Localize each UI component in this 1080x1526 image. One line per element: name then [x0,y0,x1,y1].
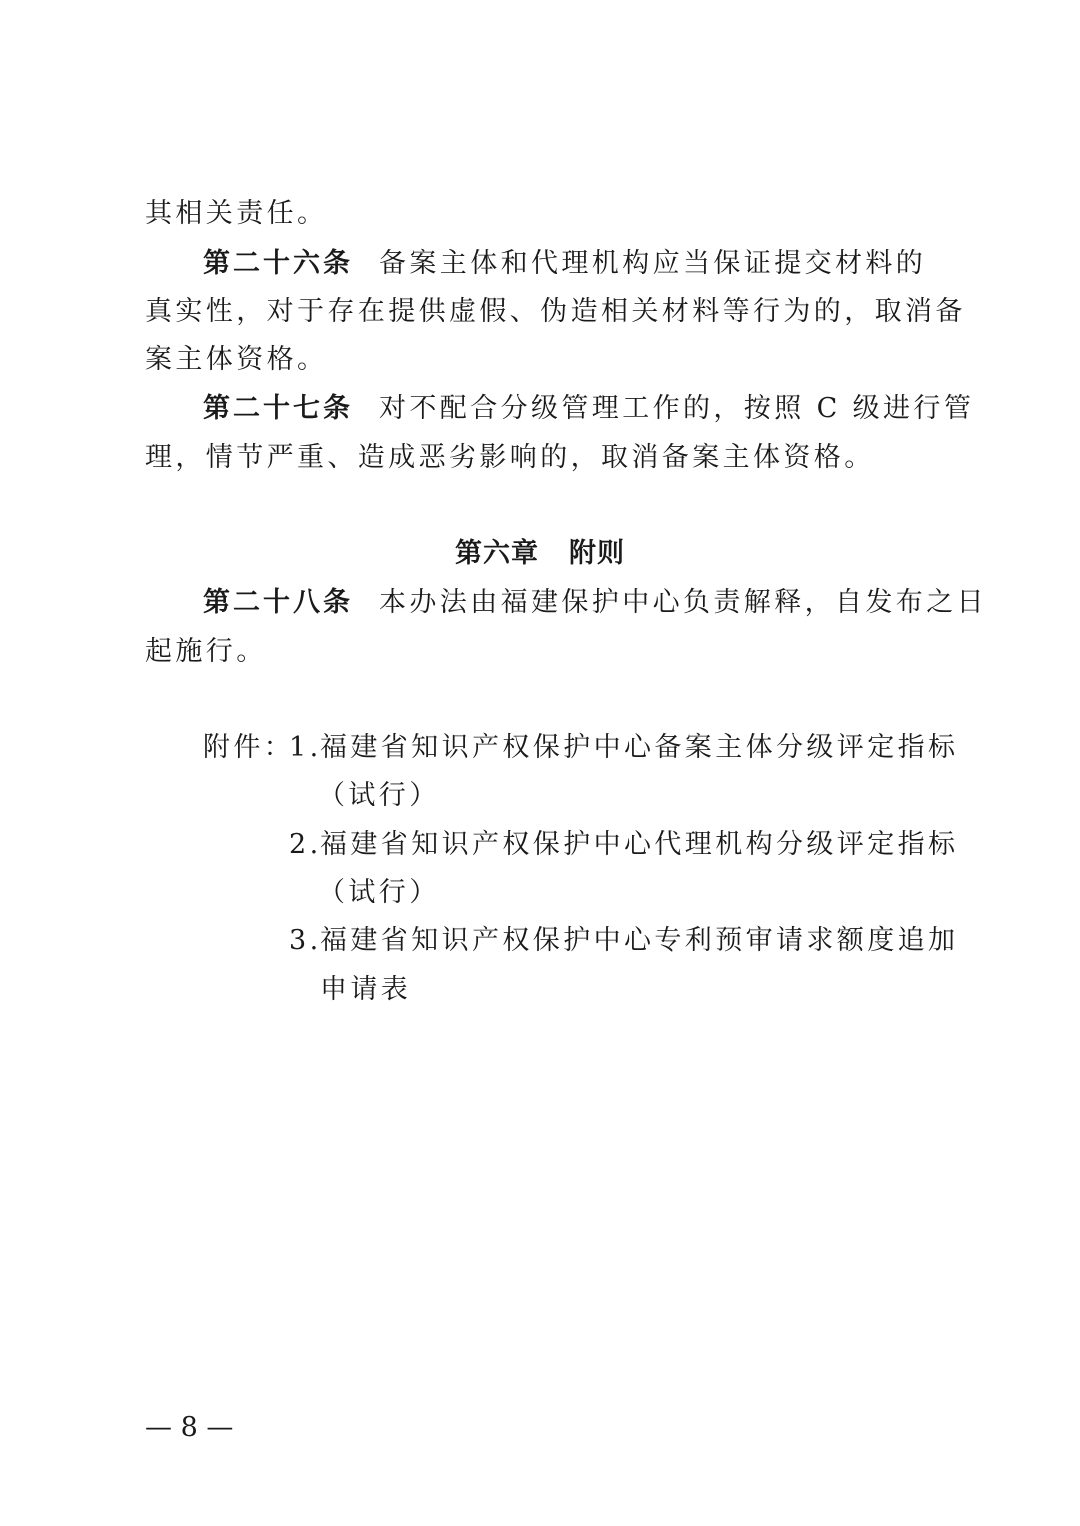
attachment-3-title: 福建省知识产权保护中心专利预审请求额度追加 [320,925,958,956]
article-26-line-3: 案主体资格。 [145,340,935,380]
page-number: — 8 — [145,1410,233,1446]
article-27-first-line: 第二十七条对不配合分级管理工作的，按照 C 级进行管 [203,389,993,429]
attachment-1-title: 福建省知识产权保护中心备案主体分级评定指标 [320,732,958,763]
article-27-line-2: 理，情节严重、造成恶劣影响的，取消备案主体资格。 [145,438,935,478]
attachment-2-title: 福建省知识产权保护中心代理机构分级评定指标 [320,829,958,860]
article-28-first-line: 第二十八条本办法由福建保护中心负责解释，自发布之日 [203,583,993,623]
attachment-3-number: 3. [289,921,320,961]
attachment-1-number: 1. [289,728,320,768]
article-26-first-line: 第二十六条备案主体和代理机构应当保证提交材料的 [203,244,993,284]
chapter-number: 第六章 [455,538,539,569]
attachment-3-line-2: 申请表 [320,970,411,1010]
document-page: 其相关责任。 第二十六条备案主体和代理机构应当保证提交材料的 真实性，对于存在提… [0,0,1080,1526]
chapter-heading: 第六章附则 [0,534,1080,574]
article-28-text: 本办法由福建保护中心负责解释，自发布之日 [379,587,987,618]
article-26-title: 第二十六条 [203,248,353,279]
chapter-name: 附则 [569,538,625,569]
article-28-line-2: 起施行。 [145,632,935,672]
attachment-2: 2.福建省知识产权保护中心代理机构分级评定指标 [289,825,958,865]
attachment-1-line-2: （试行） [318,776,440,816]
continuation-line: 其相关责任。 [145,194,935,234]
article-26-line-2: 真实性，对于存在提供虚假、伪造相关材料等行为的，取消备 [145,292,935,332]
attachment-1: 1.福建省知识产权保护中心备案主体分级评定指标 [289,728,958,768]
attachment-2-number: 2. [289,825,320,865]
article-27-title: 第二十七条 [203,393,353,424]
attachment-2-line-2: （试行） [318,873,440,913]
article-26-text: 备案主体和代理机构应当保证提交材料的 [379,248,926,279]
attachments-label: 附件： [203,728,294,768]
attachment-3: 3.福建省知识产权保护中心专利预审请求额度追加 [289,921,958,961]
article-27-text: 对不配合分级管理工作的，按照 C 级进行管 [379,393,974,424]
article-28-title: 第二十八条 [203,587,353,618]
